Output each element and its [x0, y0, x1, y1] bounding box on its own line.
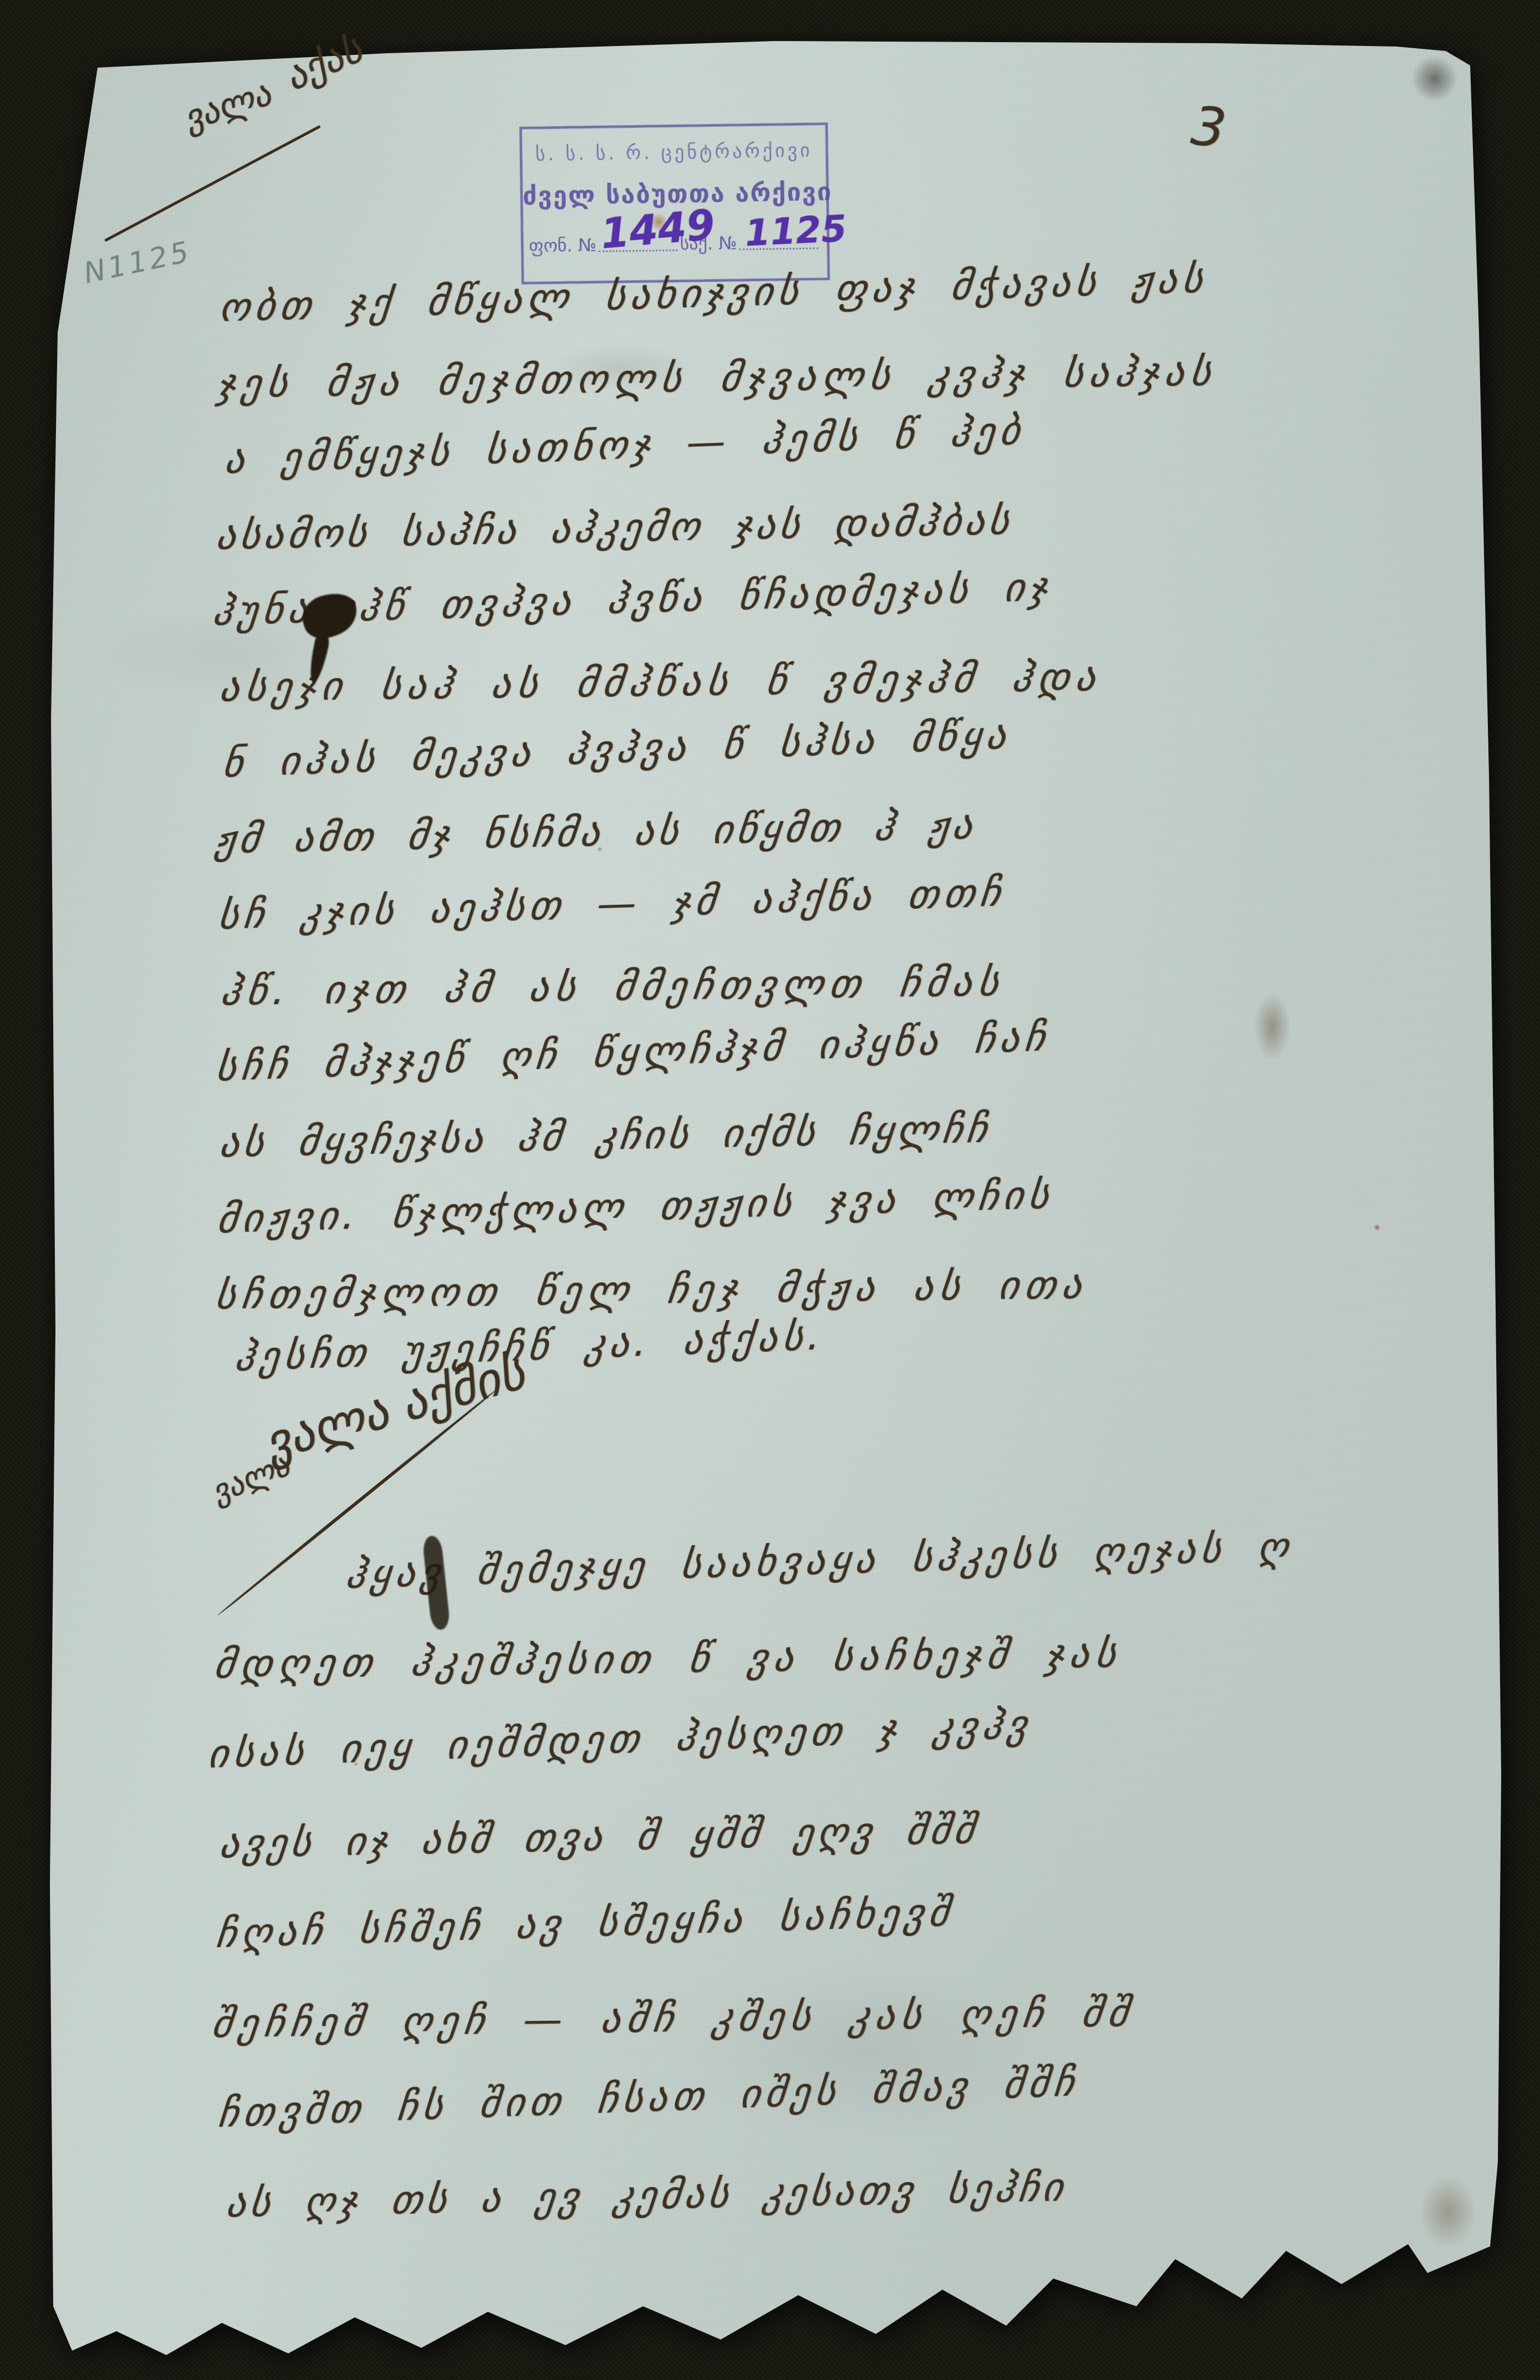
scanned-document: ვალა აქას N1125 ს. ს. ს. რ. ცენტრარქივი … [0, 0, 1540, 2380]
stamp-case-number: 1125 [744, 211, 848, 252]
manuscript-line: ჰწ. იჯთ ჰმ ას მმეჩთვლთ ჩმას [218, 960, 1008, 1014]
page-number: 3 [1189, 99, 1228, 156]
stamp-fond-label: ფონ. № [529, 235, 596, 257]
stamp-fond-number: 1449 [599, 205, 716, 255]
stamp-org-line: ს. ს. ს. რ. ცენტრარქივი [522, 139, 826, 166]
archive-stamp: ს. ს. ს. რ. ცენტრარქივი ძველ საბუთთა არქ… [519, 123, 830, 284]
